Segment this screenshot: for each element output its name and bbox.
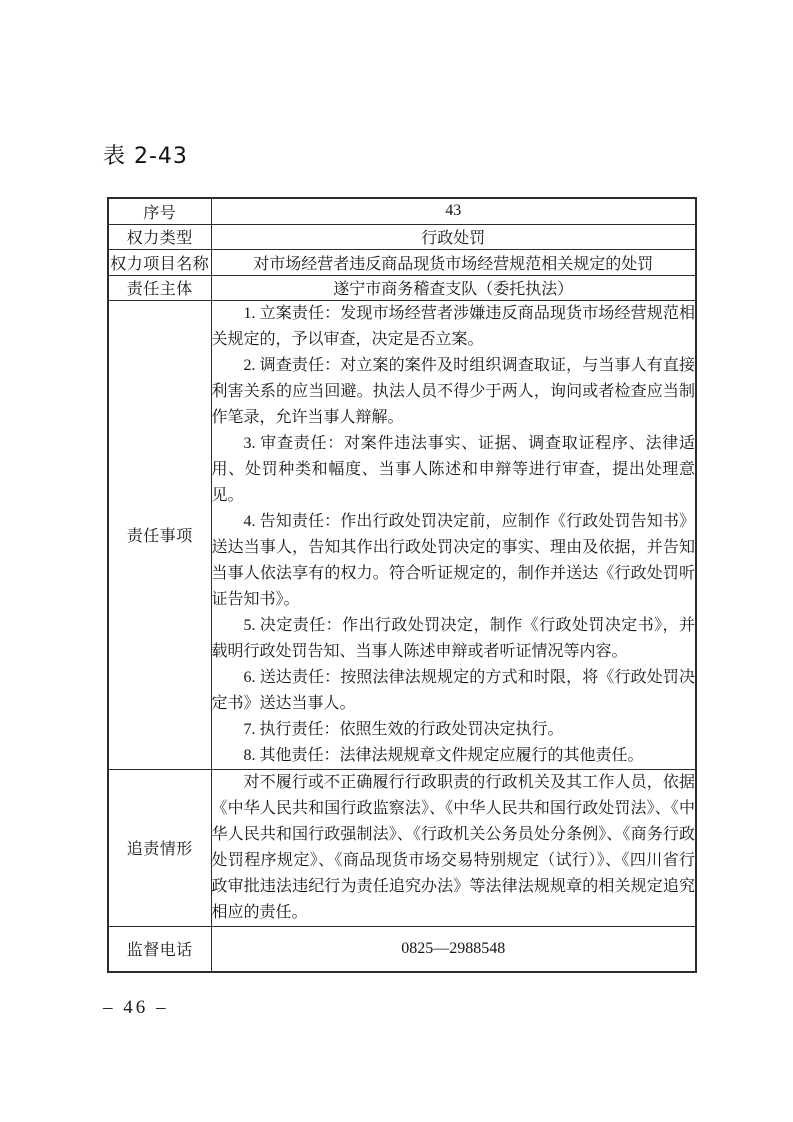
- row-value-responsible-entity: 遂宁市商务稽查支队（委托执法）: [211, 275, 696, 300]
- responsibility-table: 序号 43 权力类型 行政处罚 权力项目名称 对市场经营者违反商品现货市场经营规…: [107, 197, 697, 973]
- duty-items-cell: 1. 立案责任：发现市场经营者涉嫌违反商品现货市场经营规范相关规定的，予以审查，…: [211, 300, 696, 769]
- table-row-power-type: 权力类型 行政处罚: [108, 224, 696, 249]
- page-number: – 46 –: [103, 997, 169, 1019]
- document-page: 表 2-43 序号 43 权力类型 行政处罚 权力项目名称 对市场经营者违反商品…: [0, 0, 793, 1122]
- supervision-phone-number: 0825—2988548: [211, 926, 696, 972]
- table-row-serial: 序号 43: [108, 198, 696, 224]
- row-value-power-type: 行政处罚: [211, 224, 696, 249]
- duty-item-6: 6. 送达责任：按照法律法规规定的方式和时限，将《行政处罚决定书》送达当事人。: [212, 665, 696, 717]
- row-label-supervision-phone: 监督电话: [108, 926, 211, 972]
- table-row-power-name: 权力项目名称 对市场经营者违反商品现货市场经营规范相关规定的处罚: [108, 249, 696, 275]
- row-label-power-type: 权力类型: [108, 224, 211, 249]
- duty-item-3: 3. 审查责任：对案件违法事实、证据、调查取证程序、法律适用、处罚种类和幅度、当…: [212, 431, 696, 509]
- accountability-text: 对不履行或不正确履行行政职责的行政机关及其工作人员，依据《中华人民共和国行政监察…: [212, 770, 696, 926]
- row-label-serial: 序号: [108, 198, 211, 224]
- row-label-accountability: 追责情形: [108, 769, 211, 926]
- duty-item-1: 1. 立案责任：发现市场经营者涉嫌违反商品现货市场经营规范相关规定的，予以审查，…: [212, 301, 696, 353]
- duty-item-8: 8. 其他责任：法律法规规章文件规定应履行的其他责任。: [212, 743, 696, 769]
- row-value-power-name: 对市场经营者违反商品现货市场经营规范相关规定的处罚: [211, 249, 696, 275]
- row-value-serial: 43: [211, 198, 696, 224]
- table-row-supervision-phone: 监督电话 0825—2988548: [108, 926, 696, 972]
- row-label-responsible-entity: 责任主体: [108, 275, 211, 300]
- table-caption: 表 2-43: [103, 139, 188, 170]
- duty-item-5: 5. 决定责任：作出行政处罚决定，制作《行政处罚决定书》，并载明行政处罚告知、当…: [212, 613, 696, 665]
- row-label-power-name: 权力项目名称: [108, 249, 211, 275]
- accountability-cell: 对不履行或不正确履行行政职责的行政机关及其工作人员，依据《中华人民共和国行政监察…: [211, 769, 696, 926]
- table-row-accountability: 追责情形 对不履行或不正确履行行政职责的行政机关及其工作人员，依据《中华人民共和…: [108, 769, 696, 926]
- duty-item-4: 4. 告知责任：作出行政处罚决定前，应制作《行政处罚告知书》送达当事人，告知其作…: [212, 509, 696, 613]
- duty-item-7: 7. 执行责任：依照生效的行政处罚决定执行。: [212, 717, 696, 743]
- duty-item-2: 2. 调查责任：对立案的案件及时组织调查取证，与当事人有直接利害关系的应当回避。…: [212, 353, 696, 431]
- table-row-duty-items: 责任事项 1. 立案责任：发现市场经营者涉嫌违反商品现货市场经营规范相关规定的，…: [108, 300, 696, 769]
- row-label-duty-items: 责任事项: [108, 300, 211, 769]
- table-row-responsible-entity: 责任主体 遂宁市商务稽查支队（委托执法）: [108, 275, 696, 300]
